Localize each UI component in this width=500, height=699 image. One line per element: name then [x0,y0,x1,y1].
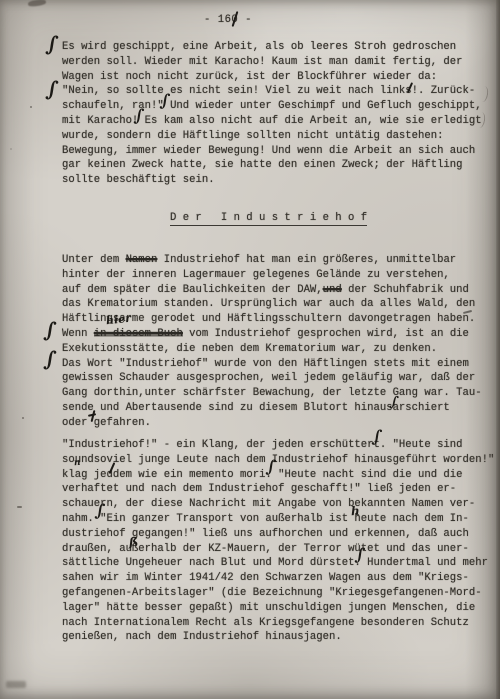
text-line: "Industriehof!" - ein Klang, der jeden e… [62,438,494,453]
handwritten-paragraph-mark: ∫ [43,347,57,369]
text-line: Wenn in diesem Buch vom Industriehof ges… [62,327,482,342]
text-line: "Nein, so sollte es nicht sein! Viel zu … [62,84,482,99]
pencil-mark [478,85,489,102]
paper-edge-nick [28,0,47,7]
text-line: gefangenen-Arbeitslager" (die Bezeichnun… [62,586,494,601]
text-line: schauern, der diese Nachricht mit Angabe… [62,497,494,512]
text-segment: Wenn [62,328,94,340]
text-line: Bewegung, immer wieder Bewegung! Und wen… [62,144,482,159]
text-line: Häftlingsarme gerodet und Häftlingsschul… [62,312,482,327]
paragraph-1: Es wird geschippt, eine Arbeit, als ob l… [62,40,482,188]
text-line: Das Wort "Industriehof" wurde von den Hä… [62,357,482,372]
text-line: mit Karacho! Es kam also nicht auf die A… [62,114,482,129]
text-line: oder gefahren. [62,416,482,431]
text-line: gar keinen Zweck hatte, sie hatte den ei… [62,158,482,173]
struck-text: und [323,284,342,296]
text-line: schaufeln, ran!" Und wieder unter Geschi… [62,99,482,114]
text-segment: Industriehof hat man ein größeres, unmit… [157,254,456,266]
text-segment: der Schuhfabrik und [342,284,469,296]
page-right-edge-shadow [496,0,500,699]
text-line: dustriehof gegangen!" ließ uns aufhorche… [62,527,494,542]
text-line: auf dem später die Baulichkeiten der DAW… [62,283,482,298]
text-line: das Krematorium standen. Ursprünglich wa… [62,297,482,312]
handwritten-paragraph-mark: ∫ [45,77,59,99]
scanned-typewritten-page: - 160 - Es wird geschippt, eine Arbeit, … [0,0,500,699]
text-segment: Unter dem [62,254,126,266]
text-segment: vom Industriehof gesprochen wird, ist an… [183,328,469,340]
ink-speck [22,417,24,419]
text-line: sättliche Ungeheuer nach Blut und Mord d… [62,556,494,571]
paragraph-2: Unter dem Namen Industriehof hat man ein… [62,253,482,431]
text-line: gewissen Schauder ausgesprochen, weil je… [62,371,482,386]
text-line: lager" hätte besser gepaßt) mit unschuld… [62,601,494,616]
faint-stamp-mark [6,681,26,688]
pencil-mark [475,111,486,128]
page-number: - 160 - [204,14,252,26]
handwritten-paragraph-mark: ∫ [45,32,59,54]
text-line: genießen, nach dem Industriehof hinausja… [62,630,494,645]
text-line: klag jeddem wie ein memento mori. "Heute… [62,468,494,483]
text-line: sollte beschäftigt sein. [62,173,482,188]
ink-speck [10,148,12,150]
text-line: Exekutionsstätte, die neben dem Kremator… [62,342,482,357]
ink-speck [17,506,22,508]
text-segment: auf dem später die Baulichkeiten der DAW… [62,284,323,296]
text-line: hinter der inneren Lagermauer gelegenes … [62,268,482,283]
handwritten-paragraph-mark: ∫ [43,318,57,340]
struck-text: Namen [126,254,158,266]
text-line: draußen, außerhalb der KZ-Mauern, der Te… [62,542,494,557]
text-line: Gang dorthin,unter schärfster Bewachung,… [62,386,482,401]
text-line: sahen wir im Winter 1941/42 den Schwarze… [62,571,494,586]
text-line: Unter dem Namen Industriehof hat man ein… [62,253,482,268]
paragraph-3: "Industriehof!" - ein Klang, der jeden e… [62,438,494,645]
ink-speck [30,106,32,108]
text-line: soundsoviel junge Leute nach dem Industr… [62,453,494,468]
text-line: sende und Abertausende sind zu diesem Bl… [62,401,482,416]
text-line: Es wird geschippt, eine Arbeit, als ob l… [62,40,482,55]
struck-text: in diesem Buch [94,328,183,340]
text-line: verhaftet und nach dem Industriehof gesc… [62,482,494,497]
section-heading: D e r I n d u s t r i e h o f [170,212,367,226]
text-line: Wagen ist noch nicht zurück, ist der Blo… [62,70,482,85]
text-line: werden soll. Wieder mit Karacho! Kaum is… [62,55,482,70]
text-line: nach Internationalem Recht als Kriegsgef… [62,616,494,631]
text-line: nahm. "Ein ganzer Transport von außerhal… [62,512,494,527]
text-line: wurde, sondern die Häftlinge sollten nic… [62,129,482,144]
